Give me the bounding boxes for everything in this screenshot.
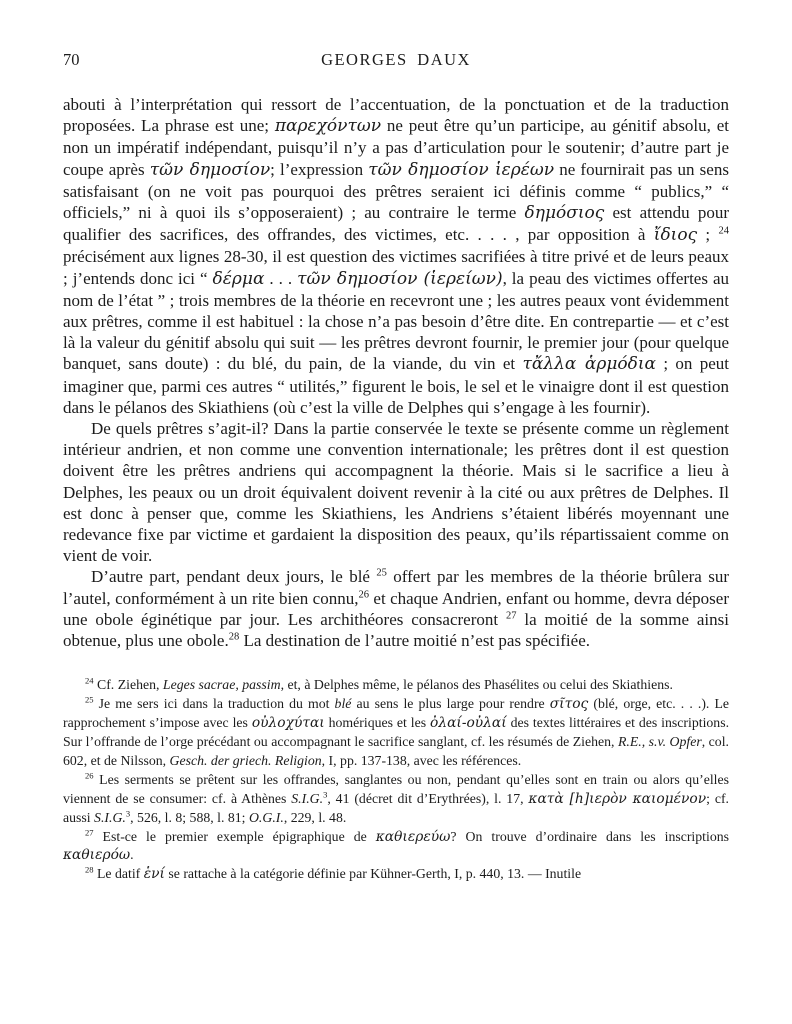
- footnote-25: 25 Je me sers ici dans la traduction du …: [63, 695, 729, 771]
- text-run: , 41 (décret dit d’Erythrées), l. 17,: [327, 791, 528, 806]
- text-run: ;: [697, 225, 718, 244]
- text-run: ? On trouve d’ordinaire dans les inscrip…: [450, 829, 729, 844]
- footnote-reference: 27: [85, 827, 94, 837]
- text-run: se rattache à la catégorie définie par K…: [165, 866, 581, 881]
- body-paragraph: De quels prêtres s’agit-il? Dans la part…: [63, 418, 729, 566]
- body-text: abouti à l’interprétation qui ressort de…: [63, 94, 729, 651]
- document-page: 70 GEORGES DAUX abouti à l’interprétatio…: [0, 0, 792, 1024]
- page-header: 70 GEORGES DAUX: [63, 50, 729, 70]
- text-run: au sens le plus large pour rendre: [351, 696, 549, 711]
- italic-text: blé: [335, 696, 352, 711]
- body-paragraph: D’autre part, pendant deux jours, le blé…: [63, 566, 729, 651]
- footnote-reference: 26: [358, 589, 369, 600]
- text-run: Est-ce le premier exemple épigraphique d…: [94, 829, 376, 844]
- text-run: homériques et les: [325, 715, 430, 730]
- greek-text: τῶν δημοσίον ἱερέων: [368, 160, 554, 180]
- greek-text: σῖτος: [550, 696, 589, 712]
- footnote-reference: 27: [506, 610, 517, 621]
- italic-text: R.E., s.v. Opfer: [618, 734, 702, 749]
- footnote-26: 26 Les serments se prêtent sur les offra…: [63, 771, 729, 828]
- italic-text: O.G.I.: [249, 810, 284, 825]
- text-run: .: [130, 847, 133, 862]
- text-run: Je me sers ici dans la traduction du mot: [94, 696, 335, 711]
- text-run: , 526, l. 8; 588, l. 81;: [130, 810, 249, 825]
- text-run: . . .: [264, 269, 297, 288]
- footnote-reference: 26: [85, 770, 94, 780]
- greek-text: δέρμα: [213, 269, 265, 289]
- footnote-27: 27 Est-ce le premier exemple épigraphiqu…: [63, 828, 729, 866]
- text-run: Le datif: [94, 866, 144, 881]
- greek-text: κατὰ [h]ιερὸν καιομένον: [528, 791, 706, 807]
- greek-text: τἄλλα ἁρμόδια: [522, 354, 656, 374]
- text-run: D’autre part, pendant deux jours, le blé: [91, 567, 376, 586]
- text-run: De quels prêtres s’agit-il? Dans la part…: [63, 419, 729, 565]
- footnote-28: 28 Le datif ἑνί se rattache à la catégor…: [63, 865, 729, 884]
- text-run: ; l’expression: [270, 160, 368, 179]
- greek-text: οὐλοχύται: [252, 715, 325, 731]
- italic-text: S.I.G.: [94, 810, 126, 825]
- footnote-reference: 28: [229, 631, 240, 642]
- body-paragraph: abouti à l’interprétation qui ressort de…: [63, 94, 729, 418]
- text-run: La destination de l’autre moitié n’est p…: [239, 631, 590, 650]
- italic-text: S.I.G.: [291, 791, 323, 806]
- italic-text: Gesch. der griech. Religion: [170, 753, 322, 768]
- greek-text: παρεχόντων: [275, 116, 381, 136]
- footnote-reference: 28: [85, 865, 94, 875]
- footnotes-section: 24 Cf. Ziehen, Leges sacrae, passim, et,…: [63, 676, 729, 884]
- text-run: , 229, l. 48.: [284, 810, 346, 825]
- footnote-reference: 24: [85, 676, 94, 686]
- footnote-reference: 25: [376, 568, 387, 579]
- greek-text: καθιερεύω: [376, 829, 451, 845]
- text-run: Cf. Ziehen,: [94, 677, 163, 692]
- text-run: , I, pp. 137-138, avec les références.: [322, 753, 522, 768]
- greek-text: τῶν δημοσίον (ἱερείων): [297, 269, 502, 289]
- footnote-24: 24 Cf. Ziehen, Leges sacrae, passim, et,…: [63, 676, 729, 695]
- greek-text: δημόσιος: [525, 203, 605, 223]
- footnote-reference: 25: [85, 695, 94, 705]
- page-number: 70: [63, 50, 80, 70]
- running-title: GEORGES DAUX: [63, 50, 729, 70]
- greek-text: τῶν δημοσίον: [150, 160, 270, 180]
- footnote-reference: 24: [718, 226, 729, 237]
- text-run: , et, à Delphes même, le pélanos des Pha…: [281, 677, 673, 692]
- italic-text: Leges sacrae, passim: [163, 677, 281, 692]
- greek-text: καθιερόω: [63, 847, 130, 863]
- greek-text: ἴδιος: [654, 225, 697, 245]
- greek-text: ὀλαί-οὐλαί: [430, 715, 507, 731]
- greek-text: ἑνί: [144, 866, 165, 882]
